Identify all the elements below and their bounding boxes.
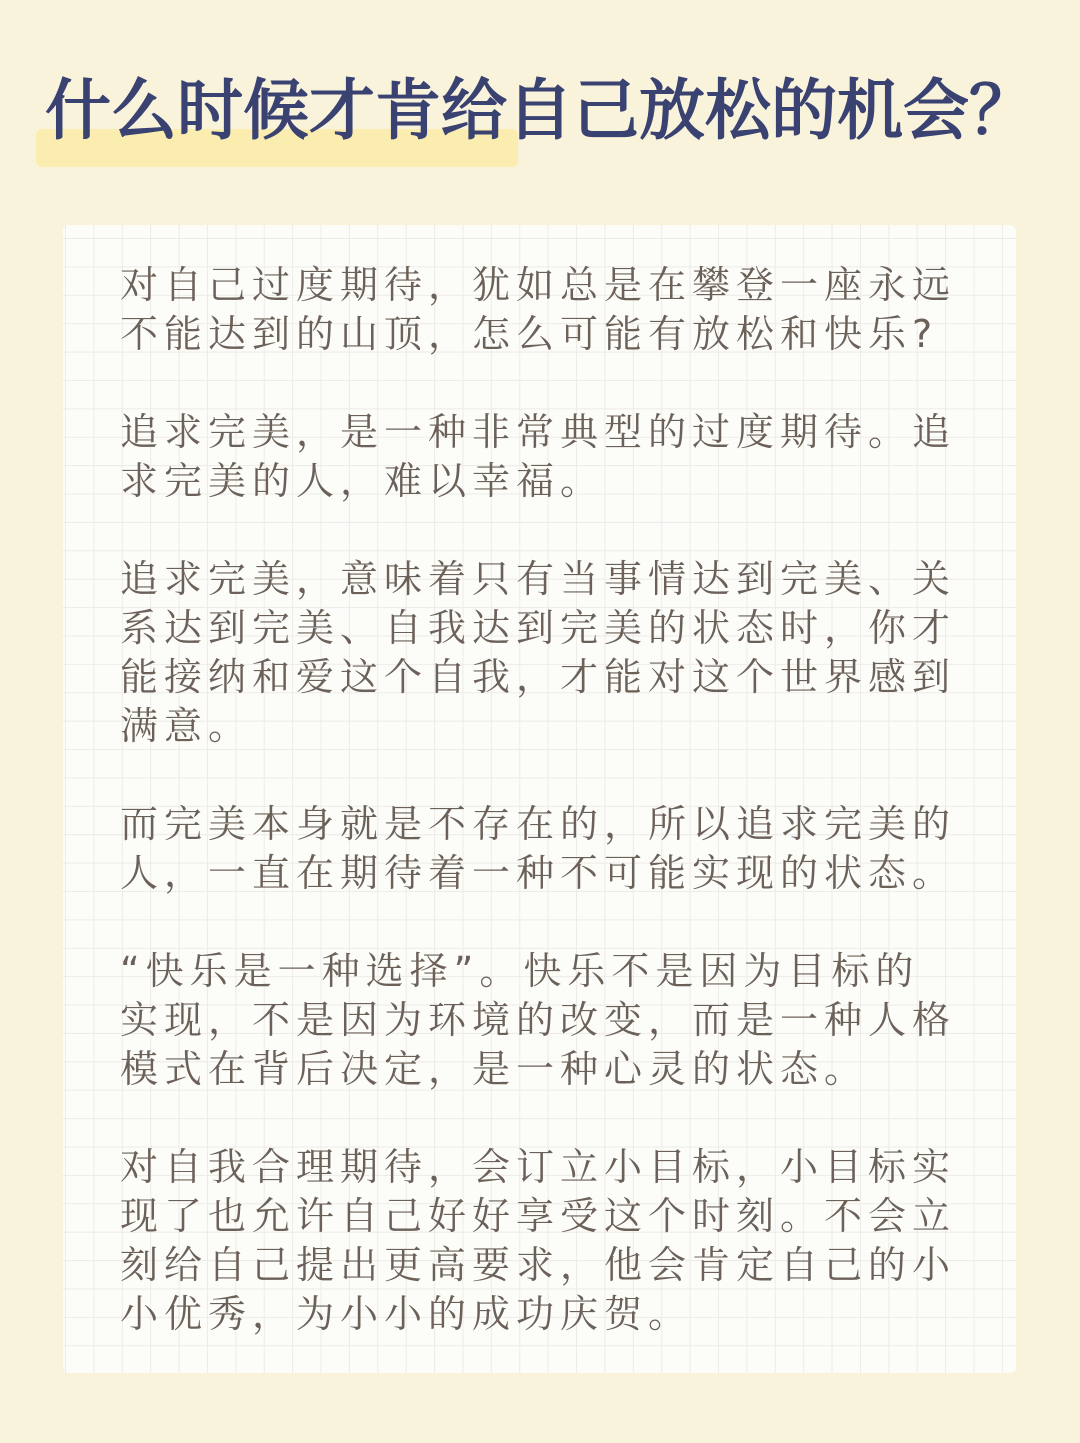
- paragraph-2: 追求完美，是一种非常典型的过度期待。追 求完美的人，难以幸福。: [120, 408, 976, 506]
- paragraph-4: 而完美本身就是不存在的，所以追求完美的 人，一直在期待着一种不可能实现的状态。: [120, 800, 976, 898]
- content-card: 对自己过度期待，犹如总是在攀登一座永远 不能达到的山顶，怎么可能有放松和快乐? …: [63, 225, 1016, 1373]
- paragraph-5: “快乐是一种选择”。快乐不是因为目标的 实现，不是因为环境的改变，而是一种人格 …: [120, 947, 976, 1094]
- paragraph-1: 对自己过度期待，犹如总是在攀登一座永远 不能达到的山顶，怎么可能有放松和快乐?: [120, 261, 976, 359]
- paragraph-3: 追求完美，意味着只有当事情达到完美、关 系达到完美、自我达到完美的状态时，你才 …: [120, 555, 976, 751]
- page-title: 什么时候才肯给自己放松的机会？: [0, 74, 1080, 148]
- paragraph-6: 对自我合理期待，会订立小目标，小目标实 现了也允许自己好好享受这个时刻。不会立 …: [120, 1143, 976, 1339]
- page-background: { "page": { "title": "什么时候才肯给自己放松的机会？", …: [0, 0, 1080, 1443]
